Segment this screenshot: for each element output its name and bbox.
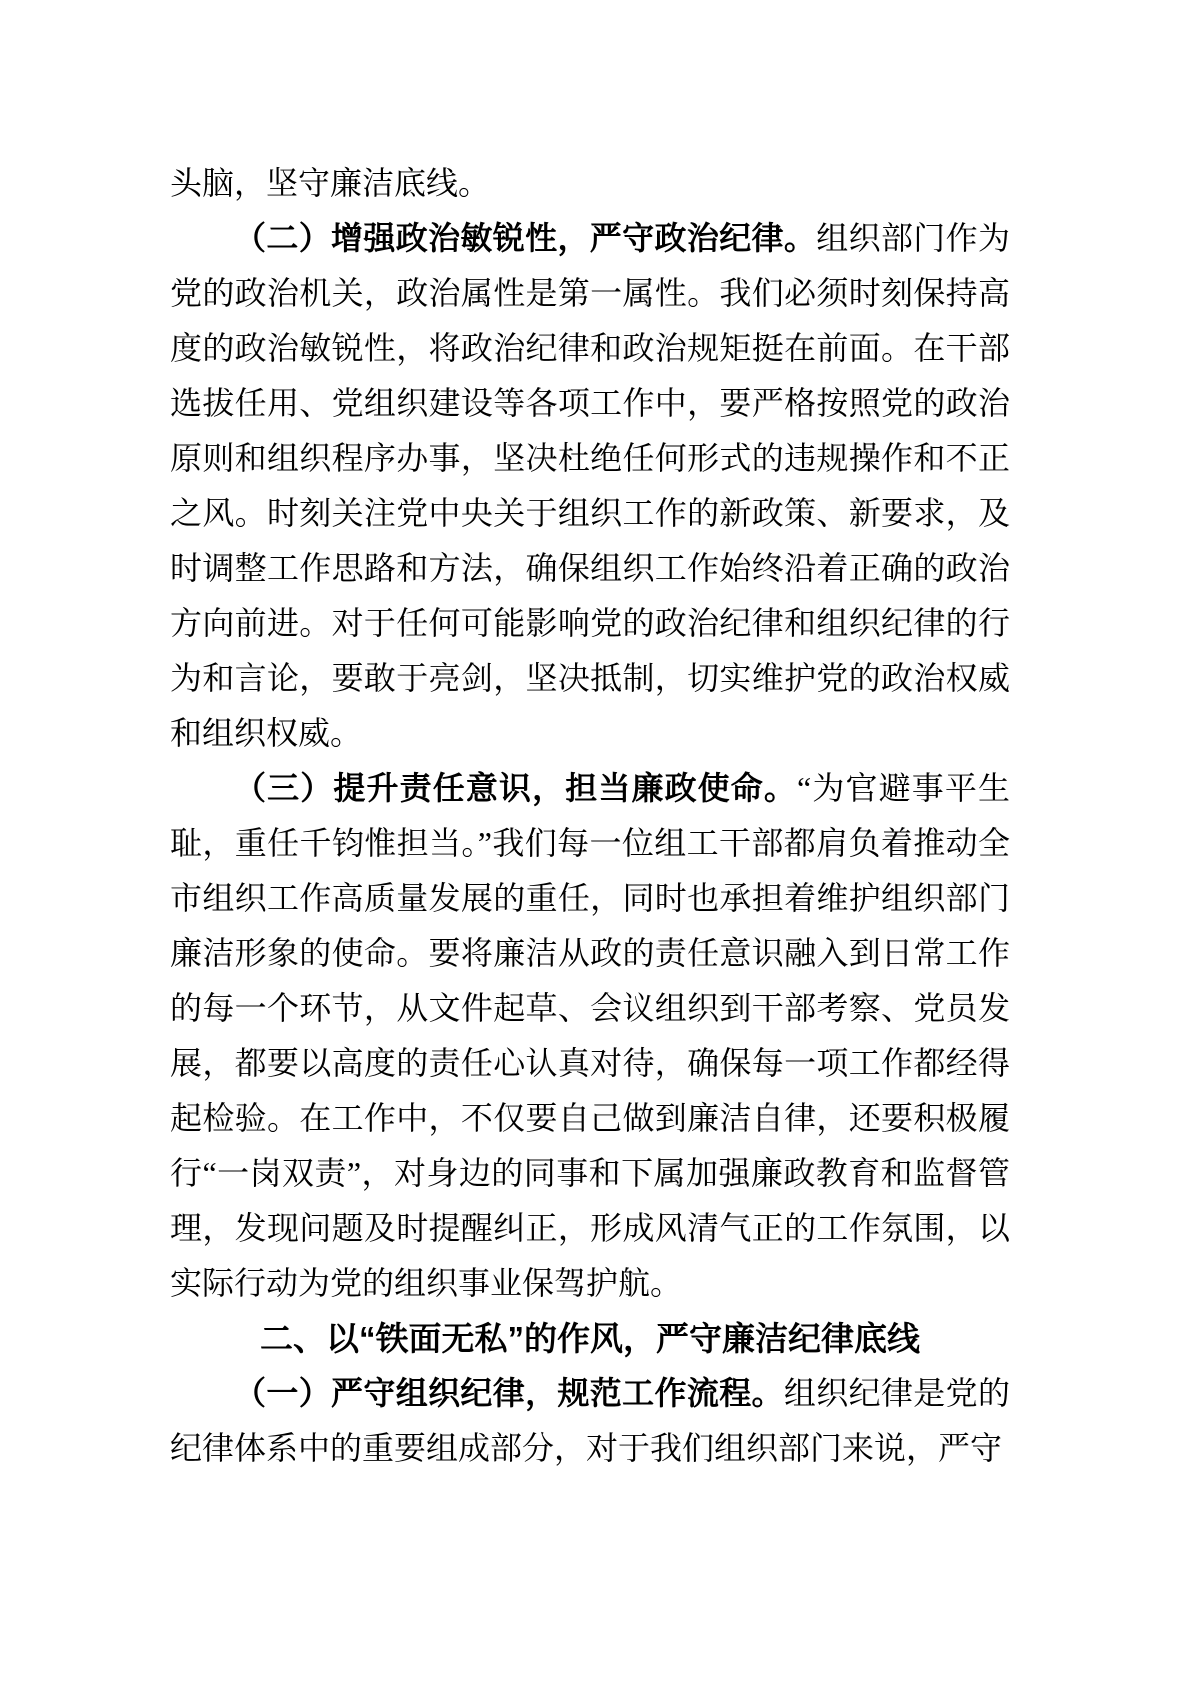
document-body: 头脑，坚守廉洁底线。 （二）增强政治敏锐性，严守政治纪律。组织部门作为党的政治机… — [170, 156, 1010, 1476]
paragraph-section-3-lead: （三）提升责任意识，担当廉政使命。 — [234, 770, 797, 806]
paragraph-section-2: （二）增强政治敏锐性，严守政治纪律。组织部门作为党的政治机关，政治属性是第一属性… — [170, 211, 1010, 761]
section-heading-2: 二、以“铁面无私”的作风，严守廉洁纪律底线 — [170, 1311, 1010, 1366]
paragraph-section-1: （一）严守组织纪律，规范工作流程。组织纪律是党的纪律体系中的重要组成部分，对于我… — [170, 1366, 1010, 1476]
section-heading-2-text: 二、以“铁面无私”的作风，严守廉洁纪律底线 — [260, 1320, 920, 1357]
paragraph-section-3: （三）提升责任意识，担当廉政使命。“为官避事平生耻，重任千钧惟担当。”我们每一位… — [170, 761, 1010, 1311]
paragraph-continuation: 头脑，坚守廉洁底线。 — [170, 156, 1010, 211]
paragraph-section-2-text: 组织部门作为党的政治机关，政治属性是第一属性。我们必须时刻保持高度的政治敏锐性，… — [170, 220, 1010, 751]
paragraph-section-1-lead: （一）严守组织纪律，规范工作流程。 — [234, 1375, 784, 1411]
paragraph-section-3-text: “为官避事平生耻，重任千钧惟担当。”我们每一位组工干部都肩负着推动全市组织工作高… — [170, 770, 1010, 1301]
document-page: 头脑，坚守廉洁底线。 （二）增强政治敏锐性，严守政治纪律。组织部门作为党的政治机… — [0, 0, 1190, 1683]
paragraph-section-2-lead: （二）增强政治敏锐性，严守政治纪律。 — [234, 220, 816, 256]
paragraph-continuation-text: 头脑，坚守廉洁底线。 — [170, 165, 490, 201]
